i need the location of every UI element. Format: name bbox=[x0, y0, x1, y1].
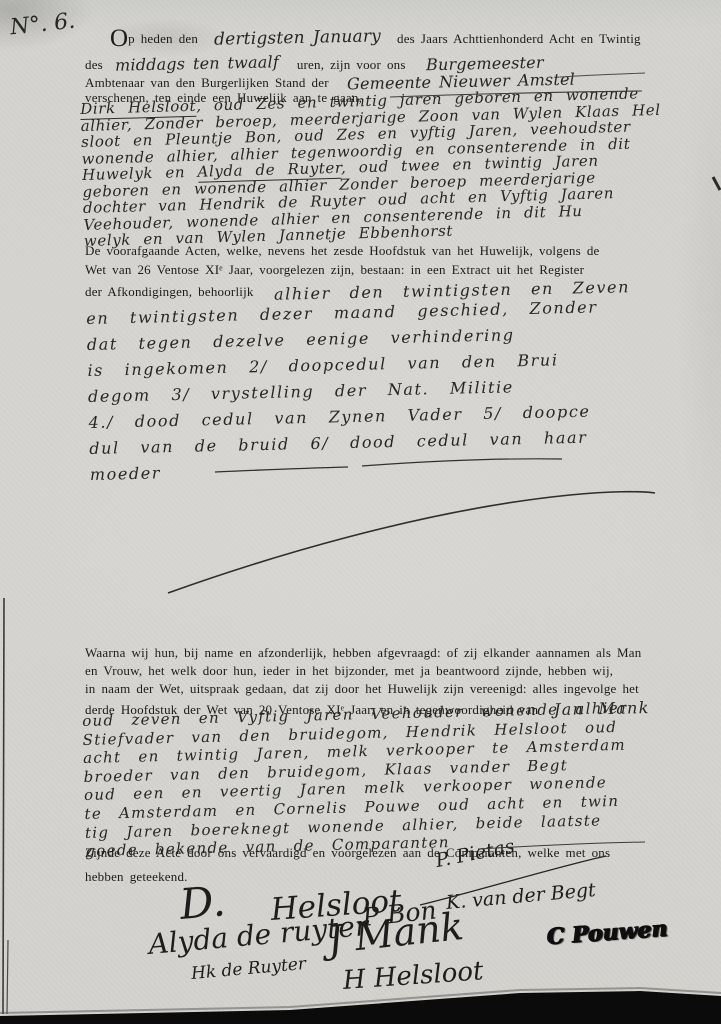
intro-line2-printed-a: des bbox=[85, 57, 103, 72]
act-number: N°. 6. bbox=[9, 9, 76, 41]
acten-printed-text: der Afkondigingen, behoorlijk bbox=[85, 284, 254, 299]
vows-printed-line: Waarna wij hun, bij name en afzonderlijk… bbox=[85, 645, 641, 661]
signature-brother: H Helsloot bbox=[342, 956, 484, 996]
edge-ink-mark bbox=[713, 177, 720, 190]
intro-line-2: des middags ten twaalf uren, zijn voor o… bbox=[85, 54, 543, 73]
witnesses-handwritten-block: oud zeven en Vyftig Jaren Veehouder wone… bbox=[82, 699, 631, 861]
intro-line1-printed-a: p heden den bbox=[128, 31, 198, 46]
signature-bride-father: Hk de Ruyter bbox=[190, 954, 307, 984]
acten-printed-line: De voorafgaande Acten, welke, nevens het… bbox=[85, 243, 600, 259]
intro-dropcap: O bbox=[110, 25, 128, 52]
parties-handwritten-block: Dirk Helsloot, oud Zes en twintig jaren … bbox=[80, 85, 664, 250]
blank-space-flourish bbox=[168, 492, 655, 593]
acten-printed-line: Wet van 26 Ventose XIᵉ Jaar, voorgelezen… bbox=[85, 262, 584, 278]
closing-printed-line: hebben geteekend. bbox=[85, 869, 188, 885]
closing-printed-line: Zijnde deze Acte door ons vervaardigd en… bbox=[85, 845, 610, 861]
intro-date-handwritten: dertigsten January bbox=[214, 26, 381, 49]
binding-crease bbox=[3, 598, 4, 1014]
acten-handwritten-block: en twintigsten dezer maand geschied, Zon… bbox=[86, 294, 601, 488]
intro-line1-printed-b: des Jaars Achttienhonderd Acht en Twinti… bbox=[397, 31, 641, 46]
signature-witness-begt: K. van der Begt bbox=[445, 879, 597, 914]
binding-crease bbox=[7, 940, 8, 1014]
vows-printed-line: in naam der Wet, uitspraak gedaan, dat z… bbox=[85, 681, 639, 697]
intro-line3-printed: Ambtenaar van den Burgerlijken Stand der bbox=[85, 75, 329, 90]
intro-line2-printed-b: uren, zijn voor ons bbox=[297, 57, 406, 72]
vows-printed-line: en Vrouw, het welk door hun, ieder in he… bbox=[85, 663, 613, 679]
intro-line-1: Op heden den dertigsten January des Jaar… bbox=[110, 28, 641, 48]
scan-edge-black-wedge bbox=[0, 991, 721, 1024]
marriage-record-page: N°. 6. Op heden den dertigsten January d… bbox=[0, 0, 721, 1024]
signature-witness-pouwe: C Pouwen bbox=[546, 916, 668, 950]
